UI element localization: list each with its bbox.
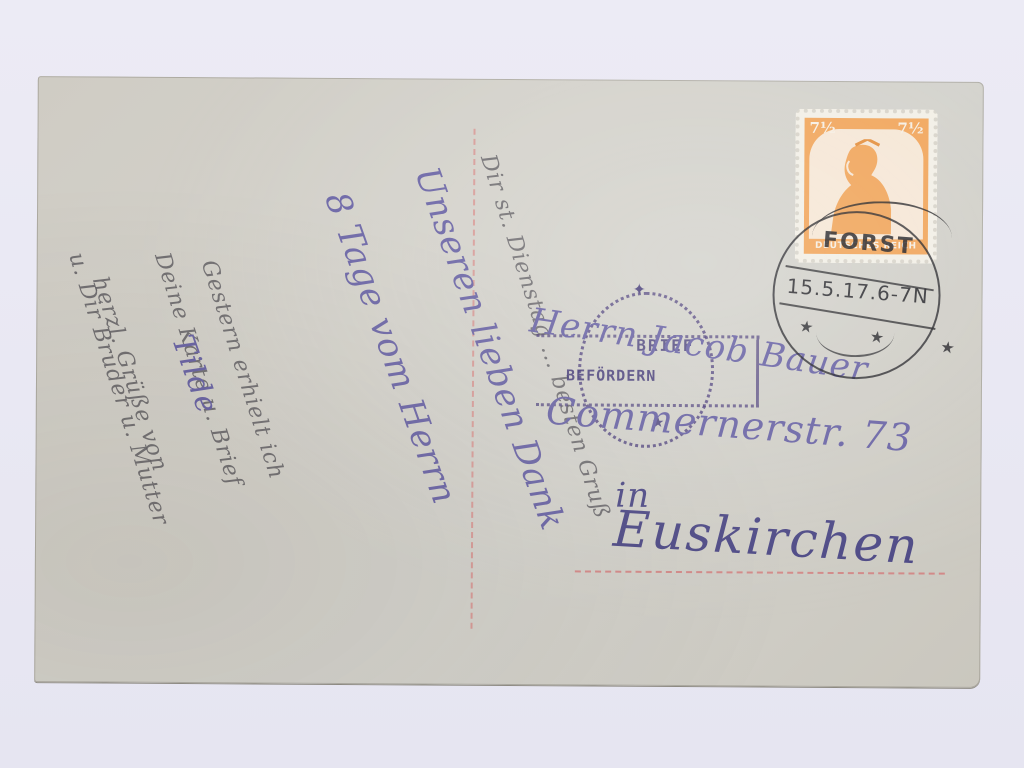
divider-line <box>470 129 475 629</box>
address-city: Euskirchen <box>612 500 921 576</box>
stamp-value-left: 7½ <box>810 119 836 137</box>
postcard: u. Dir Bruder u. Mutter herzl. Grüße von… <box>34 76 984 688</box>
pencil-line: u. Dir Bruder u. Mutter <box>63 250 173 529</box>
signature: Tilde <box>164 330 224 418</box>
military-postmark-line2: BEFÖRDERN <box>566 366 656 385</box>
star-icon: ✦ <box>633 280 647 299</box>
stamp-value-right: 7½ <box>897 119 923 137</box>
